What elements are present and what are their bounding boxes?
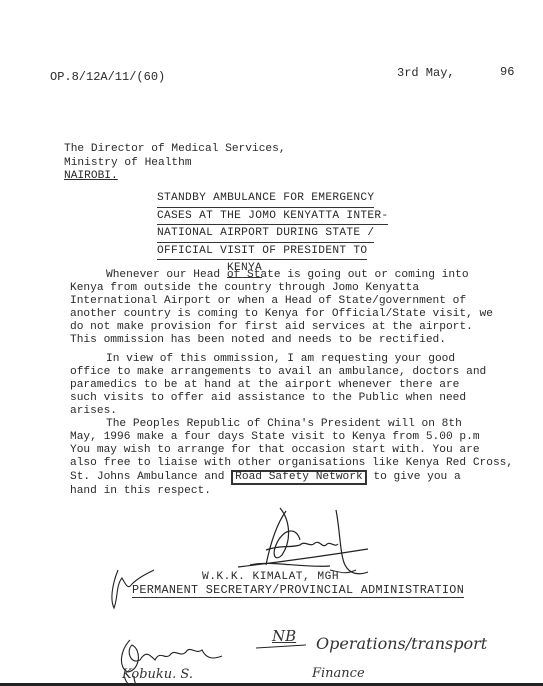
paragraph-3: The Peoples Republic of China's Presiden… bbox=[70, 418, 513, 498]
paragraph-line: paramedics to be at hand at the airport … bbox=[70, 379, 486, 392]
subject-line: STANDBY AMBULANCE FOR EMERGENCY bbox=[157, 190, 374, 208]
addressee-line: The Director of Medical Services, bbox=[64, 143, 286, 157]
line-text: to give you a bbox=[367, 471, 461, 483]
subject-line: NATIONAL AIRPORT DURING STATE / bbox=[157, 225, 374, 243]
addressee-city: NAIROBI. bbox=[64, 170, 286, 184]
paragraph-line: You may wish to arrange for that occasio… bbox=[70, 444, 513, 457]
paragraph-line: hand in this respect. bbox=[70, 485, 513, 498]
paragraph-line: also free to liaise with other organisat… bbox=[70, 457, 513, 470]
paragraph-line: The Peoples Republic of China's Presiden… bbox=[70, 418, 513, 431]
addressee-block: The Director of Medical Services, Minist… bbox=[64, 143, 286, 184]
handwritten-operations-note: Operations/transport bbox=[316, 637, 487, 650]
page-number: 96 bbox=[500, 66, 514, 79]
paragraph-line: arises. bbox=[70, 405, 486, 418]
paragraph-line: such visits to offer aid assistance to t… bbox=[70, 392, 486, 405]
subject-heading: STANDBY AMBULANCE FOR EMERGENCY CASES AT… bbox=[157, 190, 388, 278]
paragraph-line: St. Johns Ambulance and Road Safety Netw… bbox=[70, 470, 513, 485]
reference-number: OP.8/12A/11/(60) bbox=[50, 71, 165, 84]
paragraph-line: This ommission has been noted and needs … bbox=[70, 334, 493, 347]
paragraph-1: Whenever our Head of State is going out … bbox=[70, 269, 493, 347]
paragraph-line: office to make arrangements to avail an … bbox=[70, 366, 486, 379]
boxed-annotation: Road Safety Network bbox=[231, 470, 367, 485]
subject-line: OFFICIAL VISIT OF PRESIDENT TO bbox=[157, 243, 367, 261]
paragraph-line: May, 1996 make a four days State visit t… bbox=[70, 431, 513, 444]
signatory-title: PERMANENT SECRETARY/PROVINCIAL ADMINISTR… bbox=[132, 584, 464, 598]
subject-line: CASES AT THE JOMO KENYATTA INTER- bbox=[157, 208, 388, 226]
handwritten-finance-note: Finance bbox=[312, 667, 365, 680]
paragraph-line: Whenever our Head of State is going out … bbox=[70, 269, 493, 282]
paragraph-line: Kenya from outside the country through J… bbox=[70, 282, 493, 295]
handwritten-nb: NB bbox=[272, 630, 296, 643]
paragraph-line: International Airport or when a Head of … bbox=[70, 295, 493, 308]
paragraph-line: another country is coming to Kenya for O… bbox=[70, 308, 493, 321]
paragraph-2: In view of this ommission, I am requesti… bbox=[70, 353, 486, 418]
paragraph-line: do not make provision for first aid serv… bbox=[70, 321, 493, 334]
line-text: St. Johns Ambulance and bbox=[70, 471, 231, 483]
paragraph-line: In view of this ommission, I am requesti… bbox=[70, 353, 486, 366]
addressee-line: Ministry of Healthm bbox=[64, 157, 286, 171]
letter-date: 3rd May, bbox=[397, 67, 455, 80]
handwritten-name: Kobuku. S. bbox=[122, 668, 193, 681]
